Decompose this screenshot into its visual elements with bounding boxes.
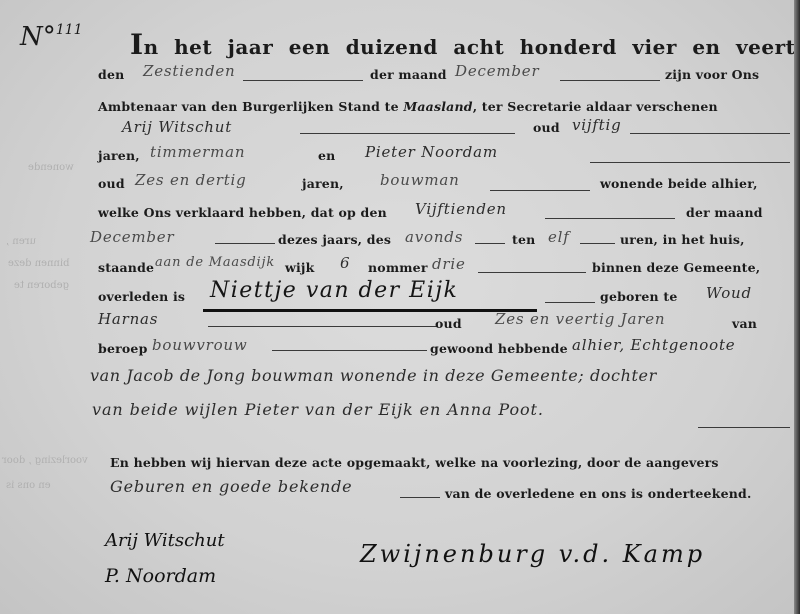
handwritten-deceased-occupation: bouwvrouw [152, 336, 248, 354]
signature-witness2: P. Noordam [105, 565, 216, 587]
handwritten-time-of-day: avonds [405, 228, 463, 246]
fill-line [545, 302, 595, 303]
fill-line [300, 133, 515, 134]
printed-geboren-te: geboren te [600, 289, 677, 304]
fill-line [475, 243, 505, 244]
handwritten-death-month: December [90, 228, 174, 246]
printed-jaren: jaren, [302, 176, 344, 191]
printed-place: Maasland [403, 99, 472, 114]
fill-line [243, 80, 363, 81]
printed-en: en [318, 148, 335, 163]
printed-beroep: beroep [98, 341, 148, 356]
fill-line [560, 80, 660, 81]
handwritten-witness2-name: Pieter Noordam [365, 143, 498, 161]
printed-binnen-deze-gemeente: binnen deze Gemeente, [592, 260, 760, 275]
handwritten-witness2-age: Zes en dertig [135, 171, 247, 189]
printed-van: van [732, 316, 757, 331]
fill-line [698, 427, 790, 428]
civil-death-record-page: wonende uren , binnen deze geboren te vo… [0, 0, 800, 614]
printed-closing-line-1: En hebben wij hiervan deze acte opgemaak… [110, 455, 719, 470]
printed-wonende-beide-alhier: wonende beide alhier, [600, 176, 758, 191]
handwritten-day: Zestienden [143, 62, 236, 80]
printed-dezes-jaars: dezes jaars, des [278, 232, 391, 247]
fill-line [580, 243, 615, 244]
printed-der-maand: der maand [370, 67, 447, 82]
handwritten-spouse-details: van Jacob de Jong bouwman wonende in dez… [90, 366, 657, 385]
printed-ambtenaar: Ambtenaar van den Burgerlijken Stand te … [98, 99, 718, 114]
handwritten-deceased-name: Niettje van der Eijk [210, 278, 458, 303]
fill-line [590, 162, 790, 163]
handwritten-witness1-occupation: timmerman [150, 143, 245, 161]
printed-der-maand: der maand [686, 205, 763, 220]
printed-oud: oud [533, 120, 560, 135]
act-number-prefix: N° [20, 22, 56, 52]
bleed-through-text: uren , [6, 236, 36, 247]
printed-oud: oud [98, 176, 125, 191]
fill-line [272, 350, 427, 351]
handwritten-hour: elf [548, 228, 570, 246]
printed-closing-line-2: van de overledene en ons is onderteekend… [445, 486, 752, 501]
handwritten-wijk-number: 6 [340, 254, 350, 272]
opening-line: In het jaar een duizend acht honderd vie… [130, 28, 800, 61]
fill-line [478, 272, 586, 273]
handwritten-witness2-occupation: bouwman [380, 171, 460, 189]
printed-uren-in-het-huis: uren, in het huis, [620, 232, 745, 247]
signature-witness1: Arij Witschut [105, 530, 225, 551]
page-edge-shadow [794, 0, 800, 614]
bleed-through-text: binnen deze [8, 258, 70, 269]
printed-staande: staande [98, 260, 154, 275]
signature-officer: Zwijnenburg v.d. Kamp [360, 540, 705, 568]
bleed-through-text: en ons is [6, 480, 51, 491]
printed-welke-ons-verklaard: welke Ons verklaard hebben, dat op den [98, 205, 387, 220]
fill-line [545, 218, 675, 219]
handwritten-street: aan de Maasdijk [155, 255, 275, 270]
fill-line [630, 133, 790, 134]
handwritten-parents: van beide wijlen Pieter van der Eijk en … [92, 400, 544, 419]
fill-line [215, 243, 275, 244]
bleed-through-text: wonende [28, 162, 74, 173]
printed-ten: ten [512, 232, 535, 247]
handwritten-house-number: drie [432, 255, 466, 273]
bleed-through-text: geboren te [14, 280, 69, 291]
handwritten-month: December [455, 62, 539, 80]
bleed-through-text: voorlezing , door [2, 455, 88, 466]
handwritten-deceased-age: Zes en veertig Jaren [495, 310, 665, 328]
printed-wijk: wijk [285, 260, 315, 275]
fill-line [400, 497, 440, 498]
fill-line [490, 190, 590, 191]
fill-line [208, 326, 438, 327]
printed-den: den [98, 67, 124, 82]
printed-jaren: jaren, [98, 148, 140, 163]
deceased-name-underline [203, 309, 537, 312]
printed-overleden-is: overleden is [98, 289, 185, 304]
act-number-value: 111 [56, 22, 83, 38]
act-number: N°111 [20, 22, 82, 52]
handwritten-residence-spouse: alhier, Echtgenoote [572, 336, 735, 354]
handwritten-birthplace-1: Woud [706, 284, 752, 302]
handwritten-witness-relation: Geburen en goede bekende [110, 477, 352, 496]
printed-gewoond-hebbende: gewoond hebbende [430, 341, 568, 356]
handwritten-birthplace-2: Harnas [98, 310, 158, 328]
printed-nommer: nommer [368, 260, 428, 275]
printed-zijn-voor-ons: zijn voor Ons [665, 67, 759, 82]
handwritten-death-day: Vijftienden [415, 200, 507, 218]
handwritten-witness1-age: vijftig [572, 116, 622, 134]
handwritten-witness1-name: Arij Witschut [122, 118, 232, 136]
printed-oud: oud [435, 316, 462, 331]
